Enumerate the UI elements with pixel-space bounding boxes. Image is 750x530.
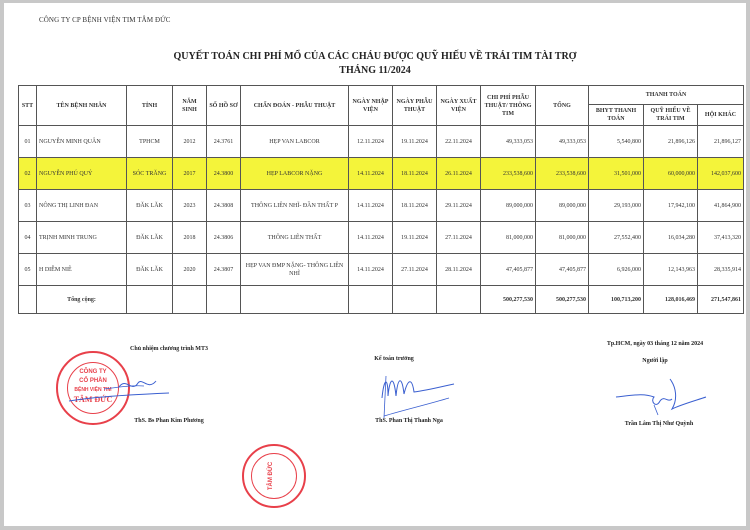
cell-province: ĐĂK LĂK <box>127 190 173 222</box>
cell-other: 21,896,127 <box>698 126 744 158</box>
total-bhyt: 100,713,200 <box>589 286 644 314</box>
cell-discharge-date: 26.11.2024 <box>437 158 481 190</box>
cell-record-no: 24.3808 <box>207 190 241 222</box>
cell-surgery-cost: 81,000,000 <box>481 222 536 254</box>
col-total: TỔNG <box>536 86 589 126</box>
cell-record-no: 24.3800 <box>207 158 241 190</box>
col-stt: STT <box>19 86 37 126</box>
header-row: STT TÊN BỆNH NHÂN TỈNH NĂM SINH SỐ HỒ SƠ… <box>19 86 744 105</box>
cell-name: NGUYỄN MINH QUÂN <box>37 126 127 158</box>
cell-record-no: 24.3806 <box>207 222 241 254</box>
document-page: CÔNG TY CP BỆNH VIỆN TIM TÂM ĐỨC QUYẾT T… <box>4 3 746 526</box>
document-subtitle: THÁNG 11/2024 <box>4 65 746 76</box>
cell-surgery-cost: 89,000,000 <box>481 190 536 222</box>
total-label: Tổng cộng: <box>37 286 127 314</box>
total-total: 500,277,530 <box>536 286 589 314</box>
cell-record-no: 24.3761 <box>207 126 241 158</box>
cell-admit-date: 14.11.2024 <box>349 190 393 222</box>
cell-name: NÔNG THỊ LINH ĐAN <box>37 190 127 222</box>
col-surgery-date: NGÀY PHẪU THUẬT <box>393 86 437 126</box>
col-payment-group: THANH TOÁN <box>589 86 744 105</box>
col-discharge-date: NGÀY XUẤT VIỆN <box>437 86 481 126</box>
cell-total: 233,538,600 <box>536 158 589 190</box>
cell-bhyt: 27,552,400 <box>589 222 644 254</box>
cell-surgery-cost: 47,405,877 <box>481 254 536 286</box>
signature-role: Kế toán trưởng <box>334 356 454 362</box>
signature-name-program-head: ThS. Bs Phan Kim Phương <box>94 418 244 424</box>
cell-diagnosis: THÔNG LIÊN NHĨ- ĐẦN THẤT P <box>241 190 349 222</box>
total-other: 271,547,861 <box>698 286 744 314</box>
col-other: HỘI KHÁC <box>698 105 744 126</box>
signature-block-preparer: Người lập <box>590 358 720 364</box>
cell-stt: 04 <box>19 222 37 254</box>
cell-name: H DIỄM NIÊ <box>37 254 127 286</box>
col-record-no: SỐ HỒ SƠ <box>207 86 241 126</box>
cell-birth-year: 2020 <box>173 254 207 286</box>
cell-fund: 16,034,280 <box>644 222 698 254</box>
col-fund: QUỸ HIẾU VỀ TRÁI TIM <box>644 105 698 126</box>
table-row: 02NGUYỄN PHÚ QUÝSÓC TRĂNG201724.3800HẸP … <box>19 158 744 190</box>
cell-total: 81,000,000 <box>536 222 589 254</box>
cell-total: 89,000,000 <box>536 190 589 222</box>
cell-fund: 12,143,963 <box>644 254 698 286</box>
total-row: Tổng cộng: 500,277,530 500,277,530 100,7… <box>19 286 744 314</box>
col-admit-date: NGÀY NHẬP VIỆN <box>349 86 393 126</box>
cell-stt: 01 <box>19 126 37 158</box>
signature-scribble-3 <box>614 375 709 420</box>
settlement-table: STT TÊN BỆNH NHÂN TỈNH NĂM SINH SỐ HỒ SƠ… <box>18 85 744 314</box>
cell-stt: 03 <box>19 190 37 222</box>
cell-bhyt: 31,501,000 <box>589 158 644 190</box>
col-birth-year: NĂM SINH <box>173 86 207 126</box>
col-bhyt: BHYT THANH TOÁN <box>589 105 644 126</box>
cell-province: ĐĂK LĂK <box>127 254 173 286</box>
cell-fund: 17,942,100 <box>644 190 698 222</box>
table-row: 04TRỊNH MINH TRUNGĐĂK LĂK201824.3806THÔN… <box>19 222 744 254</box>
company-name: CÔNG TY CP BỆNH VIỆN TIM TÂM ĐỨC <box>39 16 170 24</box>
col-province: TỈNH <box>127 86 173 126</box>
cell-birth-year: 2018 <box>173 222 207 254</box>
table-row: 01NGUYỄN MINH QUÂNTPHCM201224.3761HẸP VA… <box>19 126 744 158</box>
signature-block-program-head: Chủ nhiệm chương trình MT3 <box>94 346 244 352</box>
cell-surgery-date: 27.11.2024 <box>393 254 437 286</box>
cell-bhyt: 5,540,800 <box>589 126 644 158</box>
col-surgery-cost: CHI PHÍ PHẪU THUẬT/ THÔNG TIM <box>481 86 536 126</box>
cell-birth-year: 2017 <box>173 158 207 190</box>
cell-surgery-date: 19.11.2024 <box>393 126 437 158</box>
total-fund: 128,016,469 <box>644 286 698 314</box>
cell-admit-date: 14.11.2024 <box>349 158 393 190</box>
cell-other: 37,413,320 <box>698 222 744 254</box>
cell-province: SÓC TRĂNG <box>127 158 173 190</box>
cell-discharge-date: 29.11.2024 <box>437 190 481 222</box>
cell-discharge-date: 28.11.2024 <box>437 254 481 286</box>
cell-admit-date: 12.11.2024 <box>349 126 393 158</box>
cell-surgery-date: 19.11.2024 <box>393 222 437 254</box>
signature-block-chief-accountant: Kế toán trưởng <box>334 356 454 362</box>
cell-name: TRỊNH MINH TRUNG <box>37 222 127 254</box>
cell-stt: 05 <box>19 254 37 286</box>
cell-stt: 02 <box>19 158 37 190</box>
cell-other: 142,037,600 <box>698 158 744 190</box>
cell-diagnosis: THÔNG LIÊN THẤT <box>241 222 349 254</box>
cell-diagnosis: HẸP VAN ĐMP NẶNG- THÔNG LIÊN NHĨ <box>241 254 349 286</box>
cell-admit-date: 14.11.2024 <box>349 254 393 286</box>
company-stamp-partial: TÂM ĐỨC <box>242 444 306 508</box>
cell-surgery-cost: 233,538,600 <box>481 158 536 190</box>
cell-fund: 21,896,126 <box>644 126 698 158</box>
signature-scribble-2 <box>374 368 474 423</box>
signature-name-preparer: Trần Lâm Thị Như Quỳnh <box>584 421 734 427</box>
cell-province: TPHCM <box>127 126 173 158</box>
document-title: QUYẾT TOÁN CHI PHÍ MỔ CỦA CÁC CHÁU ĐƯỢC … <box>4 51 746 62</box>
cell-birth-year: 2023 <box>173 190 207 222</box>
signature-role: Người lập <box>590 358 720 364</box>
cell-name: NGUYỄN PHÚ QUÝ <box>37 158 127 190</box>
cell-total: 49,333,053 <box>536 126 589 158</box>
col-name: TÊN BỆNH NHÂN <box>37 86 127 126</box>
cell-total: 47,405,877 <box>536 254 589 286</box>
cell-diagnosis: HẸP VAN LABCOR <box>241 126 349 158</box>
cell-fund: 60,000,000 <box>644 158 698 190</box>
cell-admit-date: 14.11.2024 <box>349 222 393 254</box>
table-row: 03NÔNG THỊ LINH ĐANĐĂK LĂK202324.3808THÔ… <box>19 190 744 222</box>
cell-birth-year: 2012 <box>173 126 207 158</box>
cell-surgery-date: 18.11.2024 <box>393 190 437 222</box>
cell-surgery-cost: 49,333,053 <box>481 126 536 158</box>
cell-other: 41,864,900 <box>698 190 744 222</box>
cell-bhyt: 6,926,000 <box>589 254 644 286</box>
signature-scribble-1 <box>64 373 174 408</box>
place-date: Tp.HCM, ngày 03 tháng 12 năm 2024 <box>570 341 740 347</box>
table-row: 05H DIỄM NIÊĐĂK LĂK202024.3807HẸP VAN ĐM… <box>19 254 744 286</box>
cell-record-no: 24.3807 <box>207 254 241 286</box>
cell-discharge-date: 27.11.2024 <box>437 222 481 254</box>
total-surgery-cost: 500,277,530 <box>481 286 536 314</box>
cell-province: ĐĂK LĂK <box>127 222 173 254</box>
cell-bhyt: 29,193,000 <box>589 190 644 222</box>
signature-role: Chủ nhiệm chương trình MT3 <box>94 346 244 352</box>
cell-surgery-date: 18.11.2024 <box>393 158 437 190</box>
cell-discharge-date: 22.11.2024 <box>437 126 481 158</box>
cell-other: 28,335,914 <box>698 254 744 286</box>
cell-diagnosis: HẸP LABCOR NẶNG <box>241 158 349 190</box>
stamp-text: TÂM ĐỨC <box>268 446 274 506</box>
col-diagnosis: CHẨN ĐOÁN - PHẪU THUẬT <box>241 86 349 126</box>
